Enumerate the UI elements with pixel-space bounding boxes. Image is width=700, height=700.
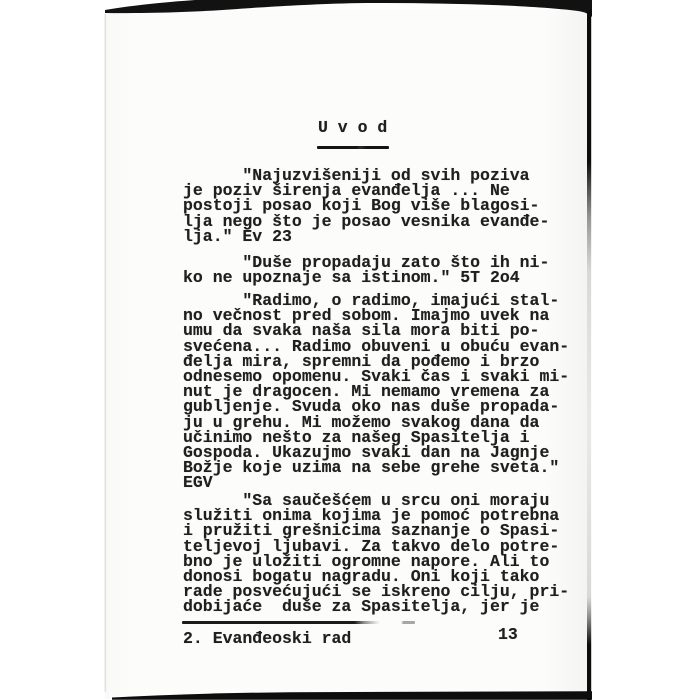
page-number: 13	[498, 627, 518, 642]
paragraph: "Radimo, o radimo, imajući stal- no večn…	[183, 293, 569, 491]
paragraph: "Najuzvišeniji od svih poziva je poziv š…	[183, 168, 549, 244]
scan-bottom-edge-band	[112, 691, 592, 700]
page-title: U v o d	[318, 120, 387, 135]
scan-right-edge-line	[587, 10, 591, 700]
scan-top-edge-band	[105, 0, 592, 17]
scan-left-edge-line	[105, 14, 107, 692]
paragraph: "Duše propadaju zato što ih ni- ko ne up…	[183, 255, 549, 285]
paragraph: "Sa saučešćem u srcu oni moraju služiti …	[183, 493, 569, 615]
scanned-book-page: { "doc": { "title": "U v o d", "paragrap…	[0, 0, 700, 700]
footnote: 2. Evanđeoski rad	[183, 631, 351, 646]
title-underline	[317, 146, 389, 149]
footnote-rule	[182, 621, 415, 624]
